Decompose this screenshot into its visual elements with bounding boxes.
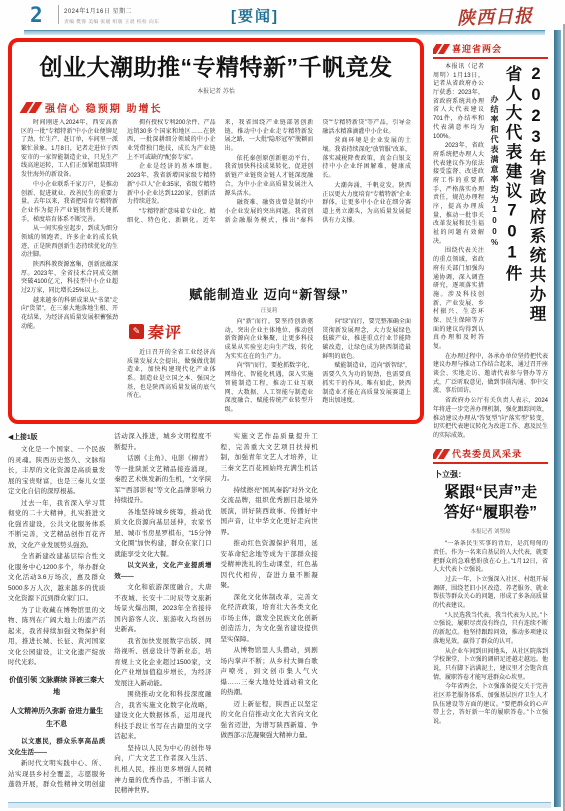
page-header: 2 2024年1月16日 星期二 责编 樊蓉 美编 张媛 组版 王晨 校检 向东…: [0, 0, 565, 30]
paragraph: 过去一年，我省深入学习贯彻党的二十大精神，扎实推进文化强省建设，公共文化服务体系…: [8, 499, 105, 552]
sidebar-article: 2023年省政府系统共办理 省人大代表建议701件 办结率和代表满意率均为100…: [433, 59, 548, 441]
pen-icon: ✎: [129, 324, 144, 339]
paragraph: 从博物馆里人头攒动，到剧场内掌声不断；从乡村大舞台歌声嘹亮，到文创市集人气火爆……: [221, 646, 318, 699]
lead-byline: 本报记者 苏怡: [21, 86, 411, 95]
section-title: [要闻]: [231, 5, 279, 26]
paragraph: 我省加快发展数字出版、网络视听、创意设计等新业态，培育规上文化企业超过1500家…: [114, 637, 211, 690]
two-sessions-label: 喜迎省两会: [433, 42, 548, 59]
paragraph: 为了让收藏在博物馆里的文物、陈列在广阔大地上的遗产活起来，我省持续加强文物保护利…: [8, 606, 105, 669]
paragraph: 以文兴业，文化产业提质增效——: [114, 561, 211, 582]
red-slash-icon: [433, 449, 449, 459]
date-block: 2024年1月16日 星期二 责编 樊蓉 美编 张媛 组版 王晨 校检 向东: [64, 6, 159, 25]
red-slash-icon: [433, 44, 449, 54]
two-sessions-label-text: 喜迎省两会: [452, 42, 502, 55]
paragraph: 持续擦亮“国风秦韵”对外文化交流品牌，组织优秀剧目赴境外展演，讲好陕西故事、传播…: [221, 486, 318, 539]
paragraph: 时间刚进入2024年，西安高新区的一批“专精特新”中小企业便铆足了劲，忙生产、赶…: [21, 119, 118, 180]
paragraph: 向“智”而行，要抢抓数字化、网络化、智能化机遇，深入实施智能制造工程，推动工业互…: [225, 362, 314, 414]
profile-kicker: 卜立强：: [434, 469, 548, 480]
header-divider: [58, 5, 59, 24]
paragraph: 近日召开的全省工业经济高质量发展大会提出，做强做优制造业，加快构建现代化产业体系…: [127, 349, 216, 401]
continued-from-marker: ◀上接1版: [8, 432, 105, 443]
continuation-text: 文化是一个国家、一个民族的灵魂。陕西历史悠久、文脉绵长，丰厚的文化资源是高质量发…: [8, 432, 318, 798]
paragraph: 过去一年，卜立强深入社区、村组开展调研，围绕老旧小区改造、养老服务、就业帮扶等群…: [433, 576, 548, 611]
paragraph: 实施文艺作品质量提升工程，完善重大文艺项目扶持机制，加强青年文艺人才培养，让三秦…: [221, 432, 318, 485]
series-label-text: 强信心 稳预期 助增长: [45, 100, 163, 115]
top-rule: [24, 30, 545, 35]
paragraph: 文化是一个国家、一个民族的灵魂。陕西历史悠久、文脉绵长，丰厚的文化资源是高质量发…: [8, 445, 105, 498]
paragraph: 在办理过程中，各承办单位坚持把代表建议办理与推动工作结合起来，通过召开座谈会、实…: [433, 353, 548, 396]
deputy-profile: 代表委员风采录 卜立强： 紧跟“民声”走 答好“履职卷” 本报记者 刘曌琼 “一…: [433, 447, 548, 800]
series-label: 强信心 稳预期 助增长: [23, 100, 411, 115]
paragraph: 向“绿”而行，要完整准确全面贯彻新发展理念，大力发展绿色低碳产业，推进重点行业节…: [322, 318, 411, 361]
paragraph: 从一间实验室起步，到成为细分领域的领跑者，许多企业的成长轨迹，正是陕西创新生态持…: [21, 225, 118, 260]
commentary-headline: 赋能制造业 迈向“新智绿”: [127, 284, 411, 303]
lead-story-box: 创业大潮助推“专精特新”千帆竞发 本报记者 苏怡 强信心 稳预期 助增长 时间刚…: [8, 38, 424, 424]
vertical-headline-line-2: 省人大代表建议701件: [500, 65, 524, 335]
profile-label: 代表委员风采录: [433, 447, 548, 464]
paragraph: 以文惠民，群众乐享高品质文化生活——: [8, 737, 105, 758]
profile-headline-line-1: 紧跟“民声”走: [444, 484, 537, 501]
paragraph: 迈上新征程，陕西正以坚定的文化自信推动文化大省向文化强省迈进，为谱写陕西新篇、争…: [221, 700, 318, 742]
lead-headline: 创业大潮助推“专精特新”千帆竞发: [21, 49, 411, 82]
lead-column-1: 时间刚进入2024年，西安高新区的一批“专精特新”中小企业便铆足了劲，忙生产、赶…: [21, 119, 118, 424]
date-line: 2024年1月16日 星期二: [64, 6, 159, 15]
paragraph: “人民选我当代表，我当代表为人民。”卜立强说，履职尽责没有终点，只有连续不断的新…: [433, 612, 548, 647]
paragraph: 深化文化体制改革，完善文化经济政策，培育壮大各类文化市场主体，激发全民族文化创新…: [221, 593, 318, 646]
paragraph: 全省新建改建基层综合性文化服务中心1200多个，举办群众文化活动3.6万场次，惠…: [8, 552, 105, 605]
paragraph: 坚持以人民为中心的创作导向，广大文艺工作者深入生活、扎根人民，推出更多增强人民精…: [114, 744, 211, 797]
paragraph: 省政府办公厅有关负责人表示，2024年将进一步完善办理机制，强化跟踪问效，推动建…: [433, 397, 548, 440]
continuation-columns: ◀上接1版 文化是一个国家、一个民族的灵魂。陕西历史悠久、文脉绵长，丰厚的文化资…: [8, 432, 424, 798]
lead-body: 时间刚进入2024年，西安高新区的一批“专精特新”中小企业便铆足了劲，忙生产、赶…: [21, 119, 411, 424]
paragraph: 营商环境是企业发展的土壤。我省持续深化“放管服”改革，落实减税降费政策，真金白银…: [322, 137, 411, 180]
paragraph: 企业是经济的基本细胞。2023年，我省新增国家级专精特新“小巨人”企业35家，省…: [127, 163, 216, 206]
paragraph: 大潮奔涌，千帆竞发。陕西正以更大力度培育“专精特新”企业群体，让更多中小企业在细…: [322, 182, 411, 225]
paragraph: 人文精神历久弥新 奋进力量生生不息: [8, 706, 105, 731]
paragraph: “一条条民生实事的背后，是沉甸甸的责任。作为一名来自基层的人大代表，就要把群众的…: [433, 540, 548, 575]
commentary-block: 赋能制造业 迈向“新智绿” 汪曼莉 ✎ 秦评 近日召开的全省工业经济高质量发展大…: [127, 284, 411, 424]
page-number: 2: [30, 3, 43, 27]
paragraph: 今年省两会，卜立强准备提交关于完善社区养老服务体系、加强基层医疗卫生人才队伍建设…: [433, 683, 548, 726]
paragraph: 价值引领 文脉赓续 泽被三秦大地: [8, 675, 105, 700]
paragraph: 推动红色资源保护利用，延安革命纪念地等成为干部群众接受精神洗礼的生动课堂，红色基…: [221, 539, 318, 592]
right-rule: [554, 30, 561, 807]
paragraph: 从企业车间到田间地头，从社区院落到学校课堂，卜立强的调研足迹越走越远。他说，只有…: [433, 648, 548, 683]
newspaper-page: 2 2024年1月16日 星期二 责编 樊蓉 美编 张媛 组版 王晨 校检 向东…: [0, 0, 565, 811]
qinping-logo: ✎ 秦评: [127, 318, 216, 349]
paragraph: 陕西科教资源富集，创新底蕴深厚。2023年，全省技术合同成交额突破4100亿元，…: [21, 261, 118, 296]
red-slash-icon: [23, 102, 41, 113]
bottom-rule: [8, 802, 551, 808]
masthead-logo: 陕西日报: [457, 2, 534, 31]
paragraph: 越来越多的科研成果从“书架”走向“货架”，在三秦大地落地生根、开花结果，为经济高…: [21, 297, 118, 332]
paragraph: 赋能制造业，迈向“新智绿”，需要久久为功的韧劲，也需要真抓实干的作风。唯有如此，…: [322, 362, 411, 405]
paragraph: 拥有授权专利200余件、产品远销30多个国家和地区……在陕西，一批深耕细分领域的…: [127, 119, 216, 162]
lead-columns-2-4: 拥有授权专利200余件、产品远销30多个国家和地区……在陕西，一批深耕细分领域的…: [127, 119, 411, 279]
paragraph: 各地坚持城乡统筹，推动优质文化资源向基层延伸，农家书屋、城市书房星罗棋布，“15…: [114, 508, 211, 561]
profile-headline-line-2: 答好“履职卷”: [444, 504, 537, 521]
vertical-subtitle: 办结率和代表满意率均为100%: [489, 65, 500, 335]
paragraph: 依托秦创原创新驱动平台，我省加快科技成果转化，促进创新链产业链资金链人才链深度融…: [225, 155, 314, 198]
profile-text: “一条条民生实事的背后，是沉甸甸的责任。作为一名来自基层的人大代表，就要把群众的…: [433, 540, 548, 800]
right-sidebar: 喜迎省两会 2023年省政府系统共办理 省人大代表建议701件 办结率和代表满意…: [433, 42, 548, 800]
paragraph: 中小企业联系千家万户，是推动创新、促进就业、改善民生的重要力量。去年以来，我省把…: [21, 181, 118, 224]
paragraph: 文化和旅游深度融合，大唐不夜城、长安十二时辰等文旅新场景火爆出圈，2023年全省…: [114, 583, 211, 636]
continuation-article: ◀上接1版 文化是一个国家、一个民族的灵魂。陕西历史悠久、文脉绵长，丰厚的文化资…: [8, 432, 424, 798]
credits-line: 责编 樊蓉 美编 张媛 组版 王晨 校检 向东: [64, 18, 159, 25]
lead-right-area: 拥有授权专利200余件、产品远销30多个国家和地区……在陕西，一批深耕细分领域的…: [127, 119, 411, 424]
vertical-headline-line-1: 2023年省政府系统共办理: [524, 65, 548, 335]
commentary-columns: ✎ 秦评 近日召开的全省工业经济高质量发展大会提出，做强做优制造业，加快构建现代…: [127, 318, 411, 424]
commentary-byline: 汪曼莉: [127, 306, 411, 314]
profile-label-text: 代表委员风采录: [452, 447, 522, 460]
paragraph: 围绕推动文化和科技深度融合，我省实施文化数字化战略，建设文化大数据体系，运用现代…: [114, 690, 211, 743]
qinping-logo-text: 秦评: [147, 320, 183, 343]
profile-byline: 本报记者 刘曌琼: [433, 527, 548, 535]
paragraph: 话剧《主角》、电影《柳青》等一批陕派文艺精品接连涌现，秦腔艺术焕发新的生机，“文…: [114, 454, 211, 507]
sidebar-vertical-headline: 2023年省政府系统共办理 省人大代表建议701件 办结率和代表满意率均为100…: [489, 65, 548, 335]
paragraph: 向“新”而行，要坚持创新驱动，突出企业主体地位，推动创新资源向企业集聚，让更多科…: [225, 318, 314, 361]
profile-headline: 紧跟“民声”走 答好“履职卷”: [433, 483, 548, 523]
